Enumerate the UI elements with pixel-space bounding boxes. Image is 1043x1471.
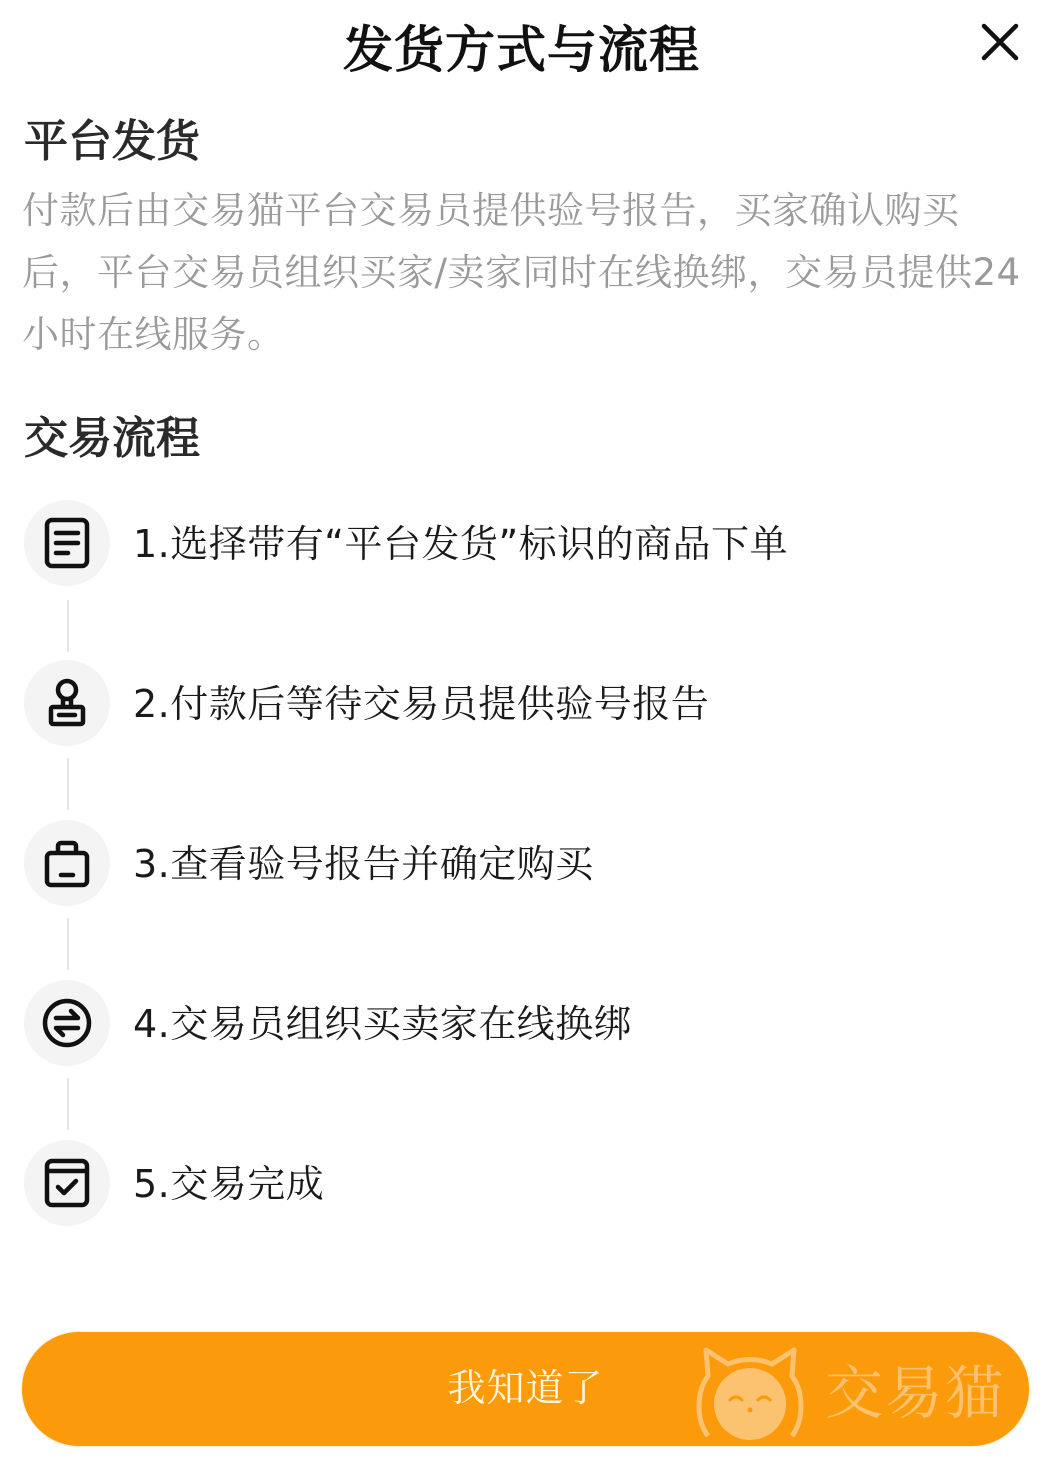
exchange-icon: [41, 997, 93, 1049]
step-label: 4.交易员组织买卖家在线换绑: [133, 1000, 632, 1048]
dialog-header: 发货方式与流程: [0, 0, 1043, 100]
step-item: 2.付款后等待交易员提供验号报告: [0, 660, 1043, 750]
calendar-check-icon: [43, 1157, 91, 1209]
step-label: 1.选择带有“平台发货”标识的商品下单: [133, 520, 788, 568]
step-icon-circle: [24, 820, 110, 906]
step-item: 5.交易完成: [0, 1140, 1043, 1230]
shopping-bag-icon: [43, 837, 91, 889]
cat-logo-icon: [690, 1340, 810, 1444]
dialog-title: 发货方式与流程: [0, 18, 1043, 82]
step-label: 5.交易完成: [133, 1160, 324, 1208]
step-item: 3.查看验号报告并确定购买: [0, 820, 1043, 910]
close-icon: [978, 20, 1022, 64]
close-button[interactable]: [978, 20, 1022, 64]
step-icon-circle: [24, 660, 110, 746]
watermark-text: 交易猫: [825, 1358, 1005, 1428]
step-icon-circle: [24, 1140, 110, 1226]
step-connector: [67, 1078, 69, 1130]
platform-delivery-description: 付款后由交易猫平台交易员提供验号报告，买家确认购买后，平台交易员组织买家/卖家同…: [22, 180, 1032, 366]
step-item: 4.交易员组织买卖家在线换绑: [0, 980, 1043, 1070]
brand-watermark: 交易猫: [690, 1340, 1029, 1444]
stamp-icon: [47, 678, 87, 728]
step-connector: [67, 758, 69, 810]
confirm-button[interactable]: 我知道了 交易猫: [22, 1332, 1029, 1446]
document-icon: [43, 517, 91, 569]
step-icon-circle: [24, 500, 110, 586]
platform-delivery-heading: 平台发货: [24, 114, 200, 170]
step-label: 2.付款后等待交易员提供验号报告: [133, 680, 709, 728]
step-connector: [67, 600, 69, 652]
process-heading: 交易流程: [24, 411, 200, 467]
step-connector: [67, 918, 69, 970]
step-label: 3.查看验号报告并确定购买: [133, 840, 594, 888]
step-item: 1.选择带有“平台发货”标识的商品下单: [0, 500, 1043, 590]
step-icon-circle: [24, 980, 110, 1066]
